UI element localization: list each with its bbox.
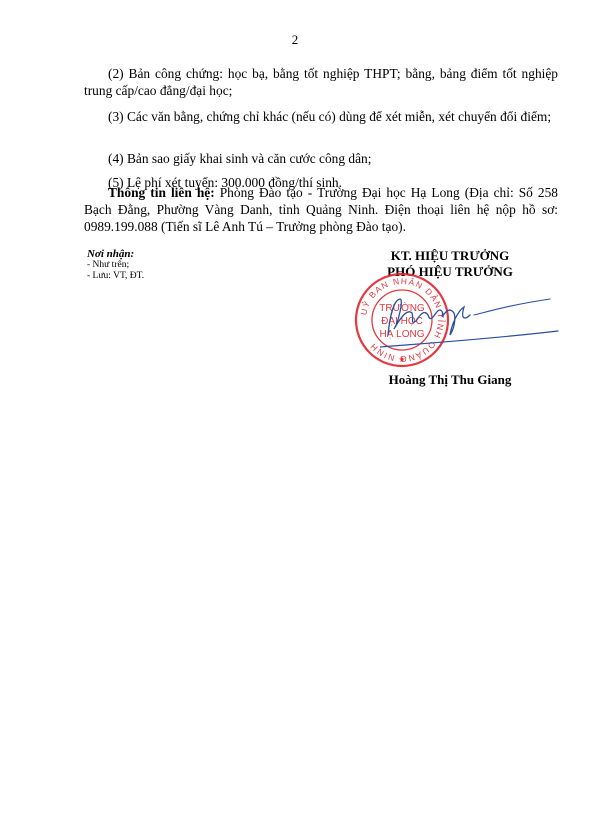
recipients-title: Nơi nhận: — [87, 248, 144, 260]
recipient-item: - Như trên; — [87, 260, 144, 271]
contact-info-label: Thông tin liên hệ: — [108, 185, 215, 200]
requirement-item-3: (3) Các văn bằng, chứng chỉ khác (nếu có… — [84, 108, 558, 125]
requirement-item-4: (4) Bản sao giấy khai sinh và căn cước c… — [84, 150, 558, 167]
recipient-item: - Lưu: VT, ĐT. — [87, 271, 144, 282]
recipients-block: Nơi nhận: - Như trên; - Lưu: VT, ĐT. — [87, 248, 144, 282]
page-number: 2 — [0, 32, 590, 47]
requirement-item-2: (2) Bản công chứng: học bạ, bằng tốt ngh… — [84, 65, 558, 99]
svg-text:★: ★ — [398, 355, 405, 364]
signer-name: Hoàng Thị Thu Giang — [340, 372, 560, 387]
handwritten-signature-icon — [380, 285, 560, 355]
signer-title-1: KT. HIỆU TRƯỞNG — [340, 248, 560, 263]
contact-info: Thông tin liên hệ: Phòng Đào tạo - Trườn… — [84, 184, 558, 235]
